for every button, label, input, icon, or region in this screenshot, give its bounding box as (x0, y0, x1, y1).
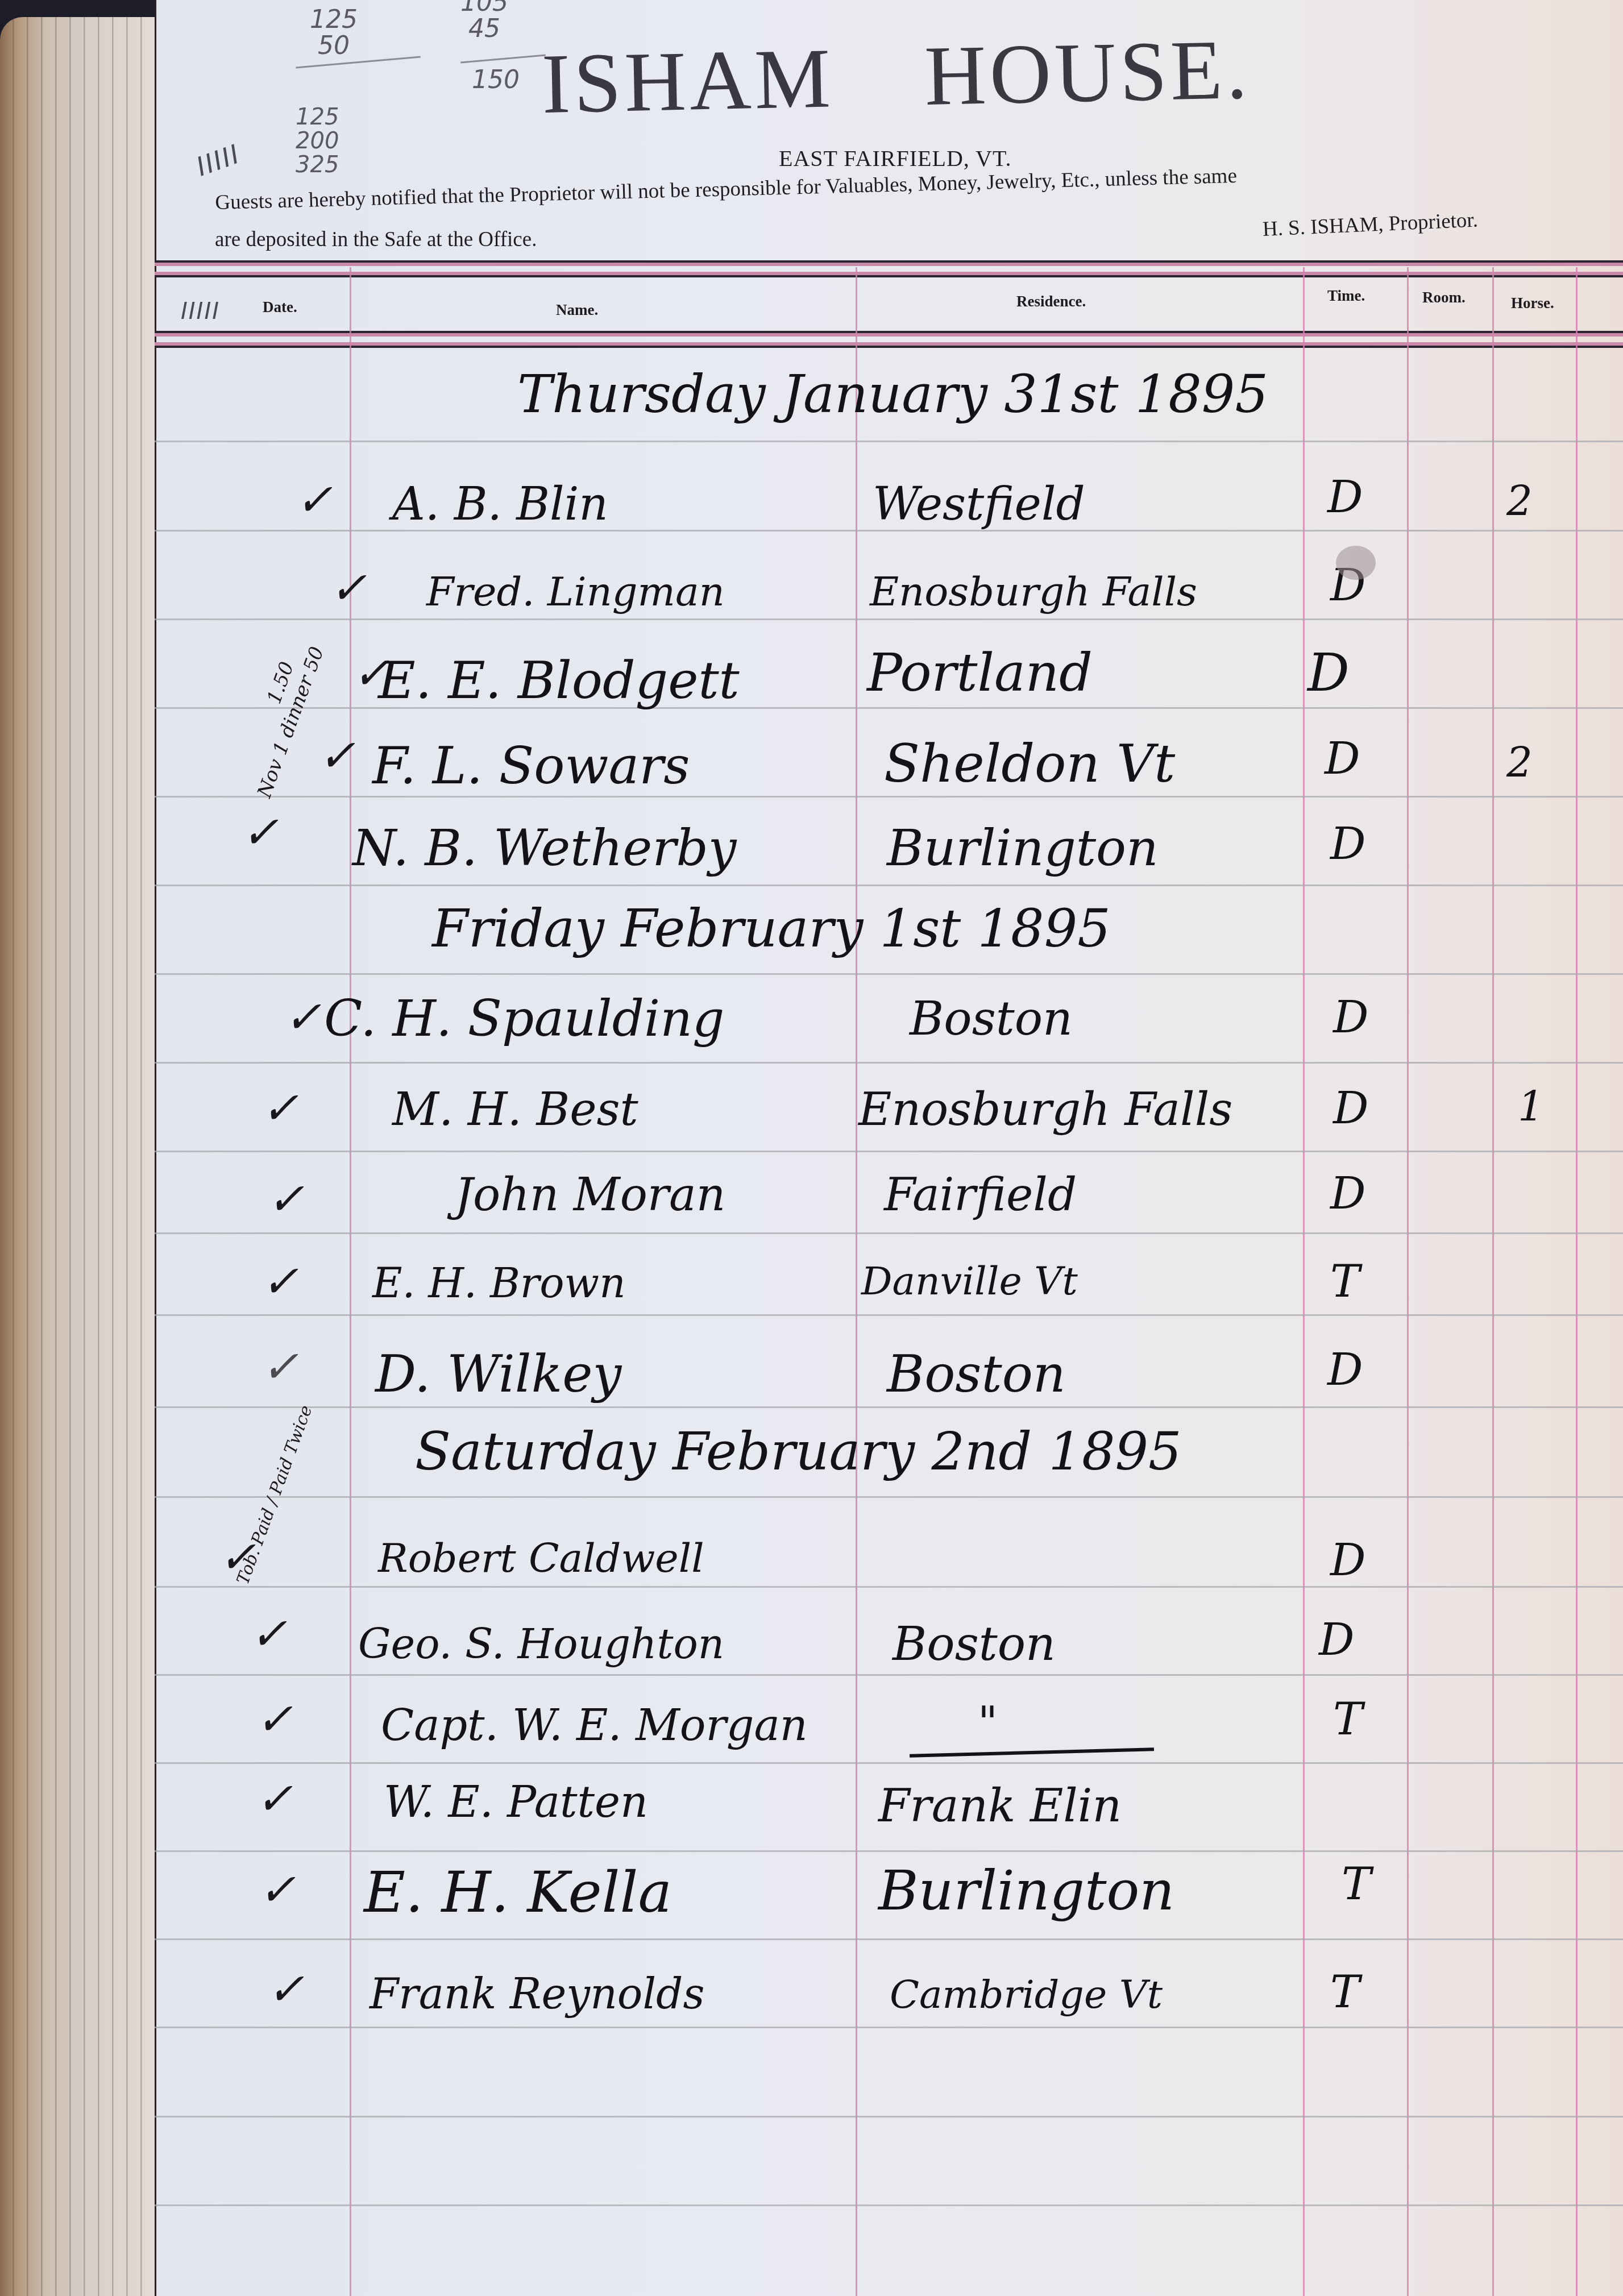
horse-count: 2 (1506, 739, 1533, 787)
ruled-line (155, 796, 1623, 798)
guest-name: D. Wilkey (375, 1344, 621, 1404)
header-rule-bottom (155, 331, 1623, 348)
title-word-1: ISHAM (541, 31, 835, 131)
ruled-line (155, 1496, 1623, 1498)
ruled-line (155, 707, 1623, 709)
col-header-name: Name. (556, 301, 598, 319)
guest-residence: Frank Elin (878, 1779, 1122, 1832)
ruled-line (155, 1586, 1623, 1588)
col-header-horse: Horse. (1511, 294, 1554, 312)
paid-checkmark: ✓ (318, 730, 355, 782)
paid-checkmark: ✓ (267, 1174, 304, 1225)
header-rule-top (155, 260, 1623, 277)
guest-residence: Fairfield (884, 1168, 1077, 1221)
ruled-line (155, 441, 1623, 442)
ruled-line (155, 2204, 1623, 2206)
hotel-location: EAST FAIRFIELD, VT. (779, 145, 1011, 172)
paid-checkmark: ✓ (256, 1774, 293, 1825)
guest-residence: Sheldon Vt (884, 733, 1175, 794)
paid-checkmark: ✓ (267, 1964, 304, 2015)
guest-name: N. B. Wetherby (352, 819, 737, 877)
column-divider (1576, 267, 1578, 2296)
arrival-time: T (1342, 1859, 1371, 1910)
ruled-line (155, 1151, 1623, 1152)
guest-name: Capt. W. E. Morgan (381, 1700, 808, 1750)
paid-checkmark: ✓ (330, 563, 367, 614)
arrival-time: D (1325, 733, 1360, 784)
guest-name: Fred. Lingman (426, 568, 725, 615)
paid-checkmark: ✓ (296, 475, 333, 526)
arrival-time: D (1330, 1535, 1366, 1586)
arrival-time: D (1327, 1344, 1363, 1396)
day-header-friday: Friday February 1st 1895 (432, 898, 1111, 959)
guest-name: F. L. Sowars (372, 736, 690, 796)
arrival-time: D (1333, 992, 1369, 1043)
day-header-thursday: Thursday January 31st 1895 (517, 364, 1268, 425)
pencil-sum-3: 125 200 325 (296, 105, 339, 177)
column-divider (856, 267, 857, 2296)
horse-count: 2 (1506, 478, 1533, 525)
guest-name: E. E. Blodgett (378, 651, 740, 711)
guest-residence: Burlington (878, 1859, 1174, 1923)
paid-checkmark: ✓ (261, 1256, 298, 1307)
guest-name: E. H. Brown (372, 1259, 626, 1307)
guest-name: John Moran (455, 1168, 725, 1221)
ruled-line (155, 1062, 1623, 1064)
ruled-line (155, 1938, 1623, 1940)
guest-name: W. E. Patten (384, 1776, 648, 1827)
arrival-time: D (1319, 1614, 1355, 1666)
ruled-line (155, 2116, 1623, 2118)
notice-line-2: are deposited in the Safe at the Office. (215, 227, 537, 252)
paid-checkmark: ✓ (256, 1694, 293, 1745)
arrival-time: T (1330, 1256, 1360, 1307)
column-divider (1492, 267, 1494, 2296)
day-header-saturday: Saturday February 2nd 1895 (415, 1421, 1182, 1482)
book-page-edges (0, 17, 155, 2296)
ruled-line (155, 973, 1623, 975)
guest-name: C. H. Spaulding (324, 989, 724, 1048)
guest-residence: " (978, 1697, 998, 1747)
paid-checkmark: ✓ (259, 1865, 296, 1916)
col-header-residence: Residence. (1016, 293, 1086, 310)
guest-name: Robert Caldwell (378, 1535, 704, 1581)
paid-checkmark: ✓ (250, 1609, 287, 1660)
guest-name: M. H. Best (392, 1083, 638, 1136)
arrival-time: D (1333, 1083, 1369, 1134)
ruled-line (155, 1762, 1623, 1764)
ruled-line (155, 1232, 1623, 1234)
col-header-time: Time. (1327, 287, 1365, 305)
ruled-line (155, 1406, 1623, 1408)
guest-residence: Westfield (873, 478, 1085, 530)
guest-residence: Enosburgh Falls (870, 568, 1197, 615)
guest-residence: Portland (867, 642, 1093, 703)
column-divider (1407, 267, 1409, 2296)
guest-residence: Boston (893, 1617, 1056, 1671)
pencil-sum-1: 125 50 (310, 7, 358, 59)
header-tally: IIIII (181, 298, 220, 325)
hotel-name: ISHAMHOUSE. (541, 20, 1251, 133)
guest-name: Frank Reynolds (370, 1970, 704, 2019)
guest-name: E. H. Kella (364, 1859, 672, 1925)
arrival-time: T (1330, 1967, 1360, 2018)
guest-name: Geo. S. Houghton (358, 1620, 724, 1668)
ruled-line (155, 2027, 1623, 2028)
arrival-time: T (1333, 1694, 1363, 1745)
guest-name: A. B. Blin (392, 478, 608, 530)
guest-residence: Burlington (887, 819, 1159, 877)
ink-blot (1336, 546, 1376, 580)
paid-checkmark: ✓ (261, 1083, 298, 1134)
column-divider (1303, 267, 1305, 2296)
ruled-line (155, 1314, 1623, 1316)
col-header-date: Date. (263, 298, 297, 316)
paid-checkmark: ✓ (284, 992, 321, 1043)
paid-checkmark: ✓ (261, 1342, 298, 1393)
guest-residence: Boston (887, 1344, 1066, 1404)
arrival-time: D (1330, 1168, 1366, 1219)
col-header-room: Room. (1422, 289, 1466, 306)
title-word-2: HOUSE. (924, 22, 1252, 123)
arrival-time: D (1307, 642, 1350, 703)
pencil-total: 150 (472, 67, 520, 93)
guest-residence: Boston (910, 992, 1073, 1046)
ruled-line (155, 1674, 1623, 1676)
ruled-line (155, 885, 1623, 886)
guest-residence: Enosburgh Falls (858, 1083, 1232, 1136)
ruled-line (155, 1850, 1623, 1852)
paid-checkmark: ✓ (219, 1532, 256, 1583)
arrival-time: D (1330, 819, 1366, 870)
horse-count: 1 (1518, 1083, 1544, 1131)
paid-checkmark: ✓ (242, 807, 279, 858)
guest-residence: Cambridge Vt (890, 1973, 1163, 2017)
pencil-sum-2: 105 45 (460, 0, 508, 42)
arrival-time: D (1327, 472, 1363, 523)
guest-residence: Danville Vt (861, 1259, 1078, 1304)
ruled-line (155, 618, 1623, 620)
